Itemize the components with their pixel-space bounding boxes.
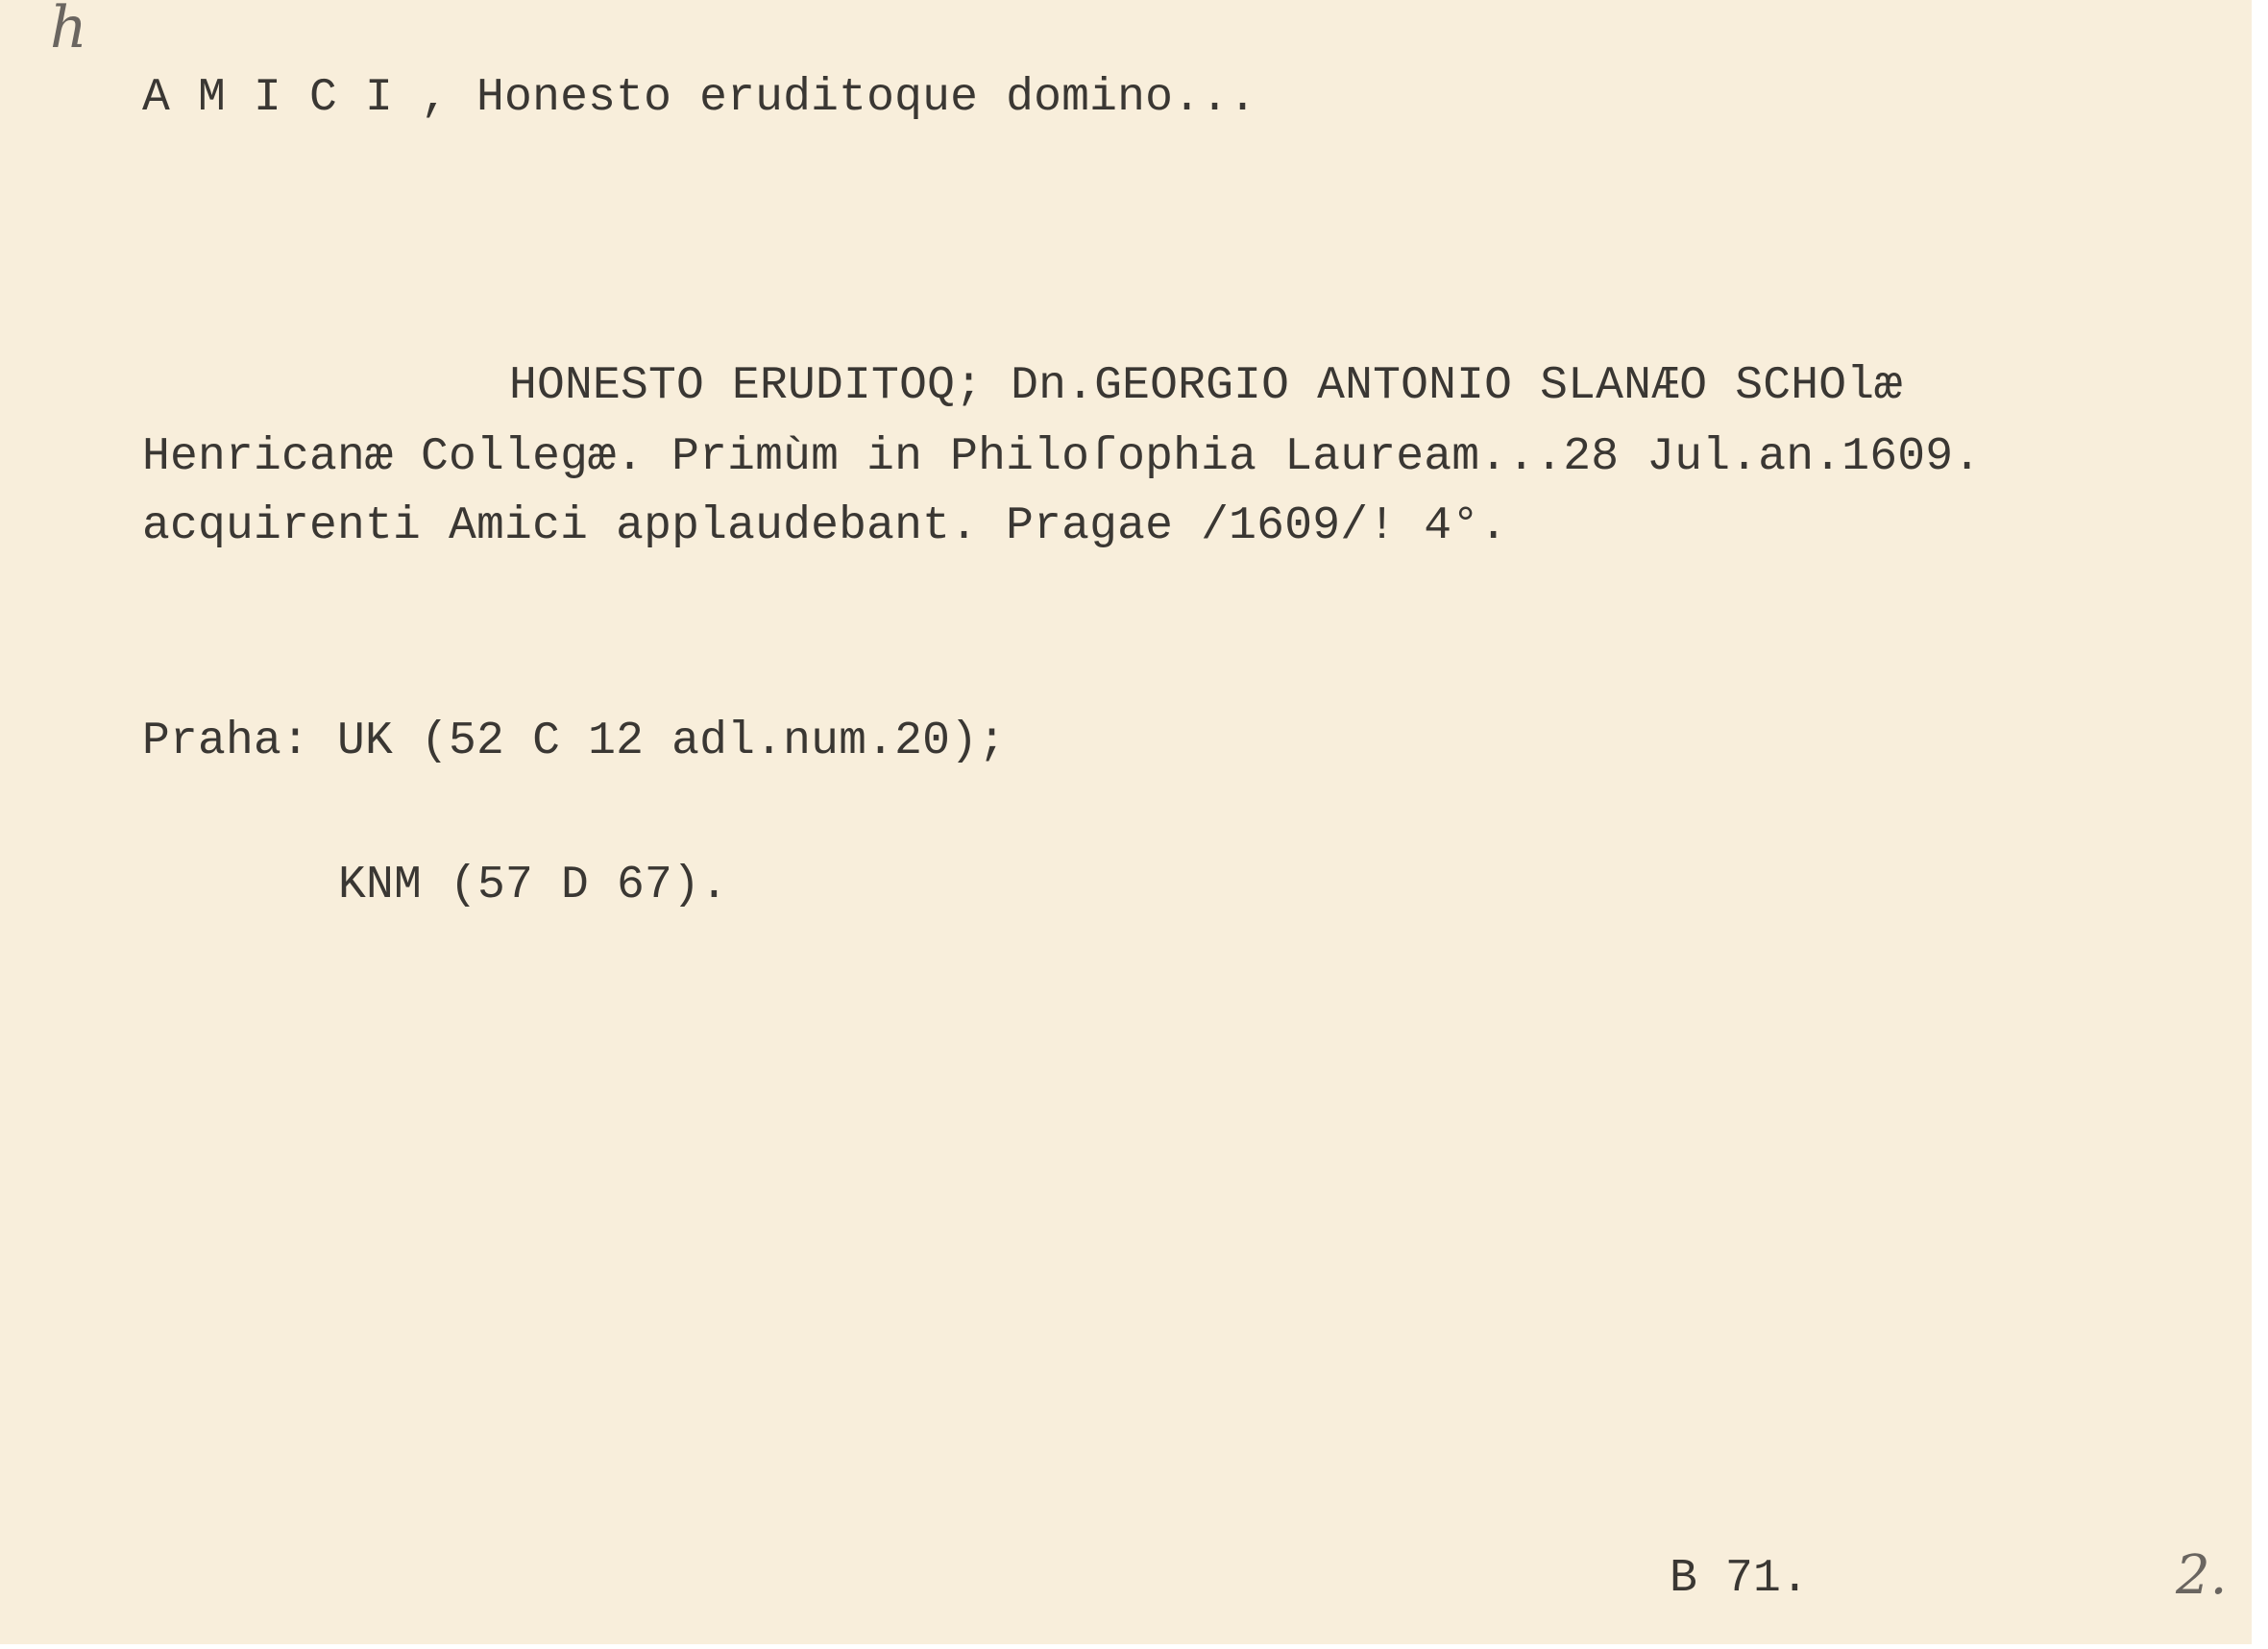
catalog-card: h A M I C I , Honesto eruditoque domino.… xyxy=(0,0,2252,1644)
title-line-3: acquirenti Amici applaudebant. Pragae /1… xyxy=(142,503,1507,549)
holding-praha: Praha: UK (52 C 12 adl.num.20); xyxy=(142,718,1006,764)
handwritten-number: 2. xyxy=(2176,1544,2227,1607)
handwritten-corner-mark: h xyxy=(50,0,87,61)
card-heading: A M I C I , Honesto eruditoque domino... xyxy=(142,75,1256,121)
call-number: B 71. xyxy=(1670,1556,1809,1602)
holding-knm: KNM (57 D 67). xyxy=(338,862,728,909)
title-line-1: HONESTO ERUDITOQ; Dn.GEORGIO ANTONIO SLA… xyxy=(509,363,1902,409)
title-line-2: Henricanæ Collegæ. Primùm in Philoſophia… xyxy=(142,434,1981,480)
